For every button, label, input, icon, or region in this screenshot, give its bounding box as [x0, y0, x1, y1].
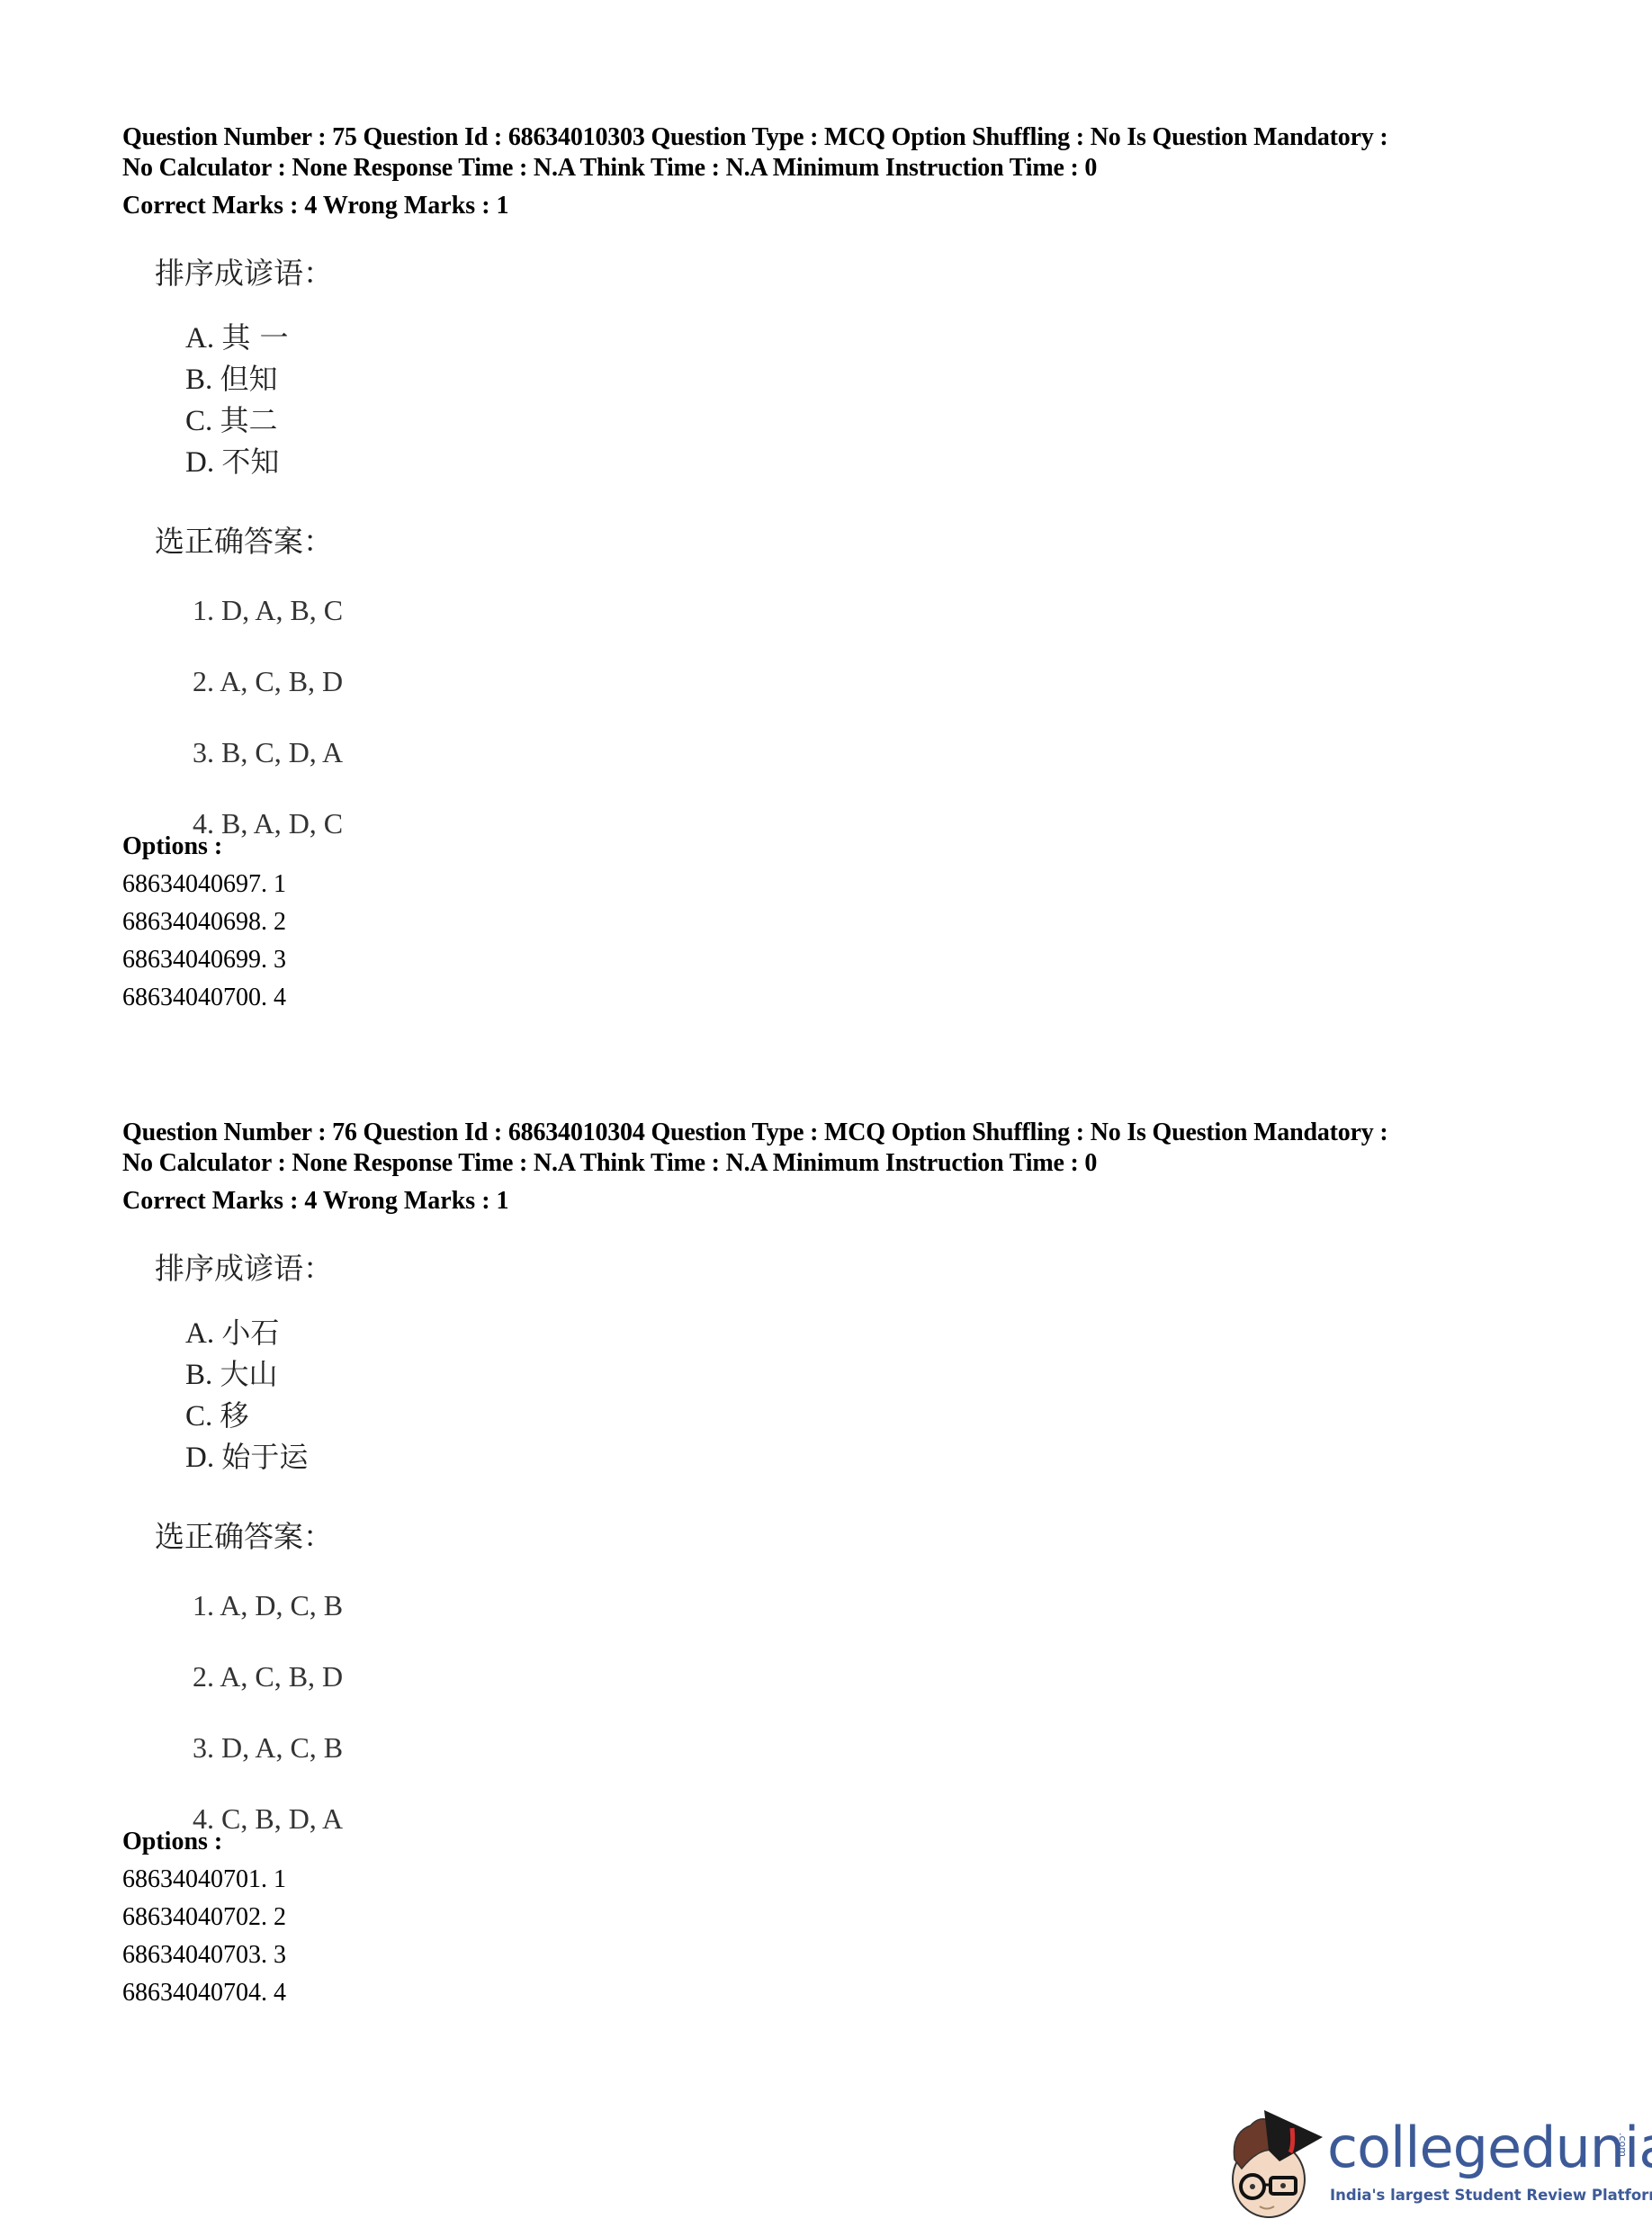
item-text: 其二 — [220, 403, 278, 437]
option-2: 68634040698. 2 — [122, 903, 1562, 941]
answer-list: 1. A, D, C, B 2. A, C, B, D 3. D, A, C, … — [193, 1587, 343, 1872]
question-meta-line-1: Question Number : 76 Question Id : 68634… — [122, 1118, 1562, 1148]
student-mascot-icon — [1224, 2097, 1332, 2223]
answer-choice-4: 4. C, B, D, A — [193, 1801, 343, 1872]
option-3: 68634040703. 3 — [122, 1936, 1562, 1974]
answer-prompt: 选正确答案： — [155, 524, 333, 560]
item-label: A. — [185, 1317, 214, 1350]
logo-wordmark: collegedunia — [1327, 2115, 1652, 2180]
item-text: 大山 — [220, 1357, 278, 1391]
item-b: B. 但知 — [185, 358, 289, 400]
item-list: A. 小石 B. 大山 C. 移 D. 始于运 — [185, 1312, 308, 1478]
question-meta-line-1: Question Number : 75 Question Id : 68634… — [122, 122, 1562, 153]
item-label: C. — [185, 1400, 212, 1433]
question-image: 排序成谚语： A. 小石 B. 大山 C. 移 D. 始于运 选正确答案： 1.… — [155, 1247, 1562, 1823]
item-label: B. — [185, 1359, 212, 1391]
question-meta: Question Number : 76 Question Id : 68634… — [122, 1118, 1562, 1179]
option-3: 68634040699. 3 — [122, 941, 1562, 979]
item-d: D. 始于运 — [185, 1436, 308, 1478]
item-c: C. 其二 — [185, 400, 289, 441]
item-label: B. — [185, 364, 212, 396]
item-text: 不知 — [221, 445, 279, 479]
answer-choice-2: 2. A, C, B, D — [193, 1658, 343, 1729]
answer-choice-1: 1. A, D, C, B — [193, 1587, 343, 1658]
answer-choice-3: 3. D, A, C, B — [193, 1729, 343, 1801]
option-4: 68634040704. 4 — [122, 1974, 1562, 2012]
item-d: D. 不知 — [185, 441, 289, 482]
item-c: C. 移 — [185, 1395, 308, 1436]
item-a: A. 小石 — [185, 1312, 308, 1353]
item-text: 移 — [220, 1398, 249, 1433]
item-label: C. — [185, 405, 212, 437]
item-label: A. — [185, 322, 214, 355]
answer-choice-4: 4. B, A, D, C — [193, 805, 343, 876]
question-block-75: Question Number : 75 Question Id : 68634… — [122, 122, 1562, 1017]
item-text: 始于运 — [221, 1440, 308, 1474]
item-list: A. 其 一 B. 但知 C. 其二 D. 不知 — [185, 317, 289, 482]
logo-tagline: India's largest Student Review Platform — [1330, 2187, 1652, 2204]
item-a: A. 其 一 — [185, 317, 289, 358]
question-marks: Correct Marks : 4 Wrong Marks : 1 — [122, 191, 1562, 221]
answer-choice-2: 2. A, C, B, D — [193, 663, 343, 734]
question-image: 排序成谚语： A. 其 一 B. 但知 C. 其二 D. 不知 选正确答案： 1… — [155, 252, 1562, 828]
option-4: 68634040700. 4 — [122, 979, 1562, 1017]
question-marks: Correct Marks : 4 Wrong Marks : 1 — [122, 1186, 1562, 1217]
answer-prompt: 选正确答案： — [155, 1519, 333, 1555]
answer-choice-1: 1. D, A, B, C — [193, 592, 343, 663]
item-label: D. — [185, 1442, 214, 1474]
item-text: 但知 — [220, 362, 278, 396]
item-b: B. 大山 — [185, 1353, 308, 1395]
question-block-76: Question Number : 76 Question Id : 68634… — [122, 1118, 1562, 2012]
logo-suffix: .com — [1617, 2133, 1629, 2157]
question-prompt: 排序成谚语： — [155, 1251, 333, 1287]
question-meta-line-2: No Calculator : None Response Time : N.A… — [122, 1148, 1562, 1179]
answer-choice-3: 3. B, C, D, A — [193, 734, 343, 805]
question-meta-line-2: No Calculator : None Response Time : N.A… — [122, 153, 1562, 184]
item-label: D. — [185, 446, 214, 479]
item-text: 其 一 — [221, 320, 288, 355]
item-text: 小石 — [221, 1316, 279, 1350]
option-2: 68634040702. 2 — [122, 1899, 1562, 1936]
question-prompt: 排序成谚语： — [155, 256, 333, 292]
answer-list: 1. D, A, B, C 2. A, C, B, D 3. B, C, D, … — [193, 592, 343, 876]
collegedunia-logo: collegedunia .com India's largest Studen… — [1224, 2097, 1647, 2223]
question-meta: Question Number : 75 Question Id : 68634… — [122, 122, 1562, 184]
